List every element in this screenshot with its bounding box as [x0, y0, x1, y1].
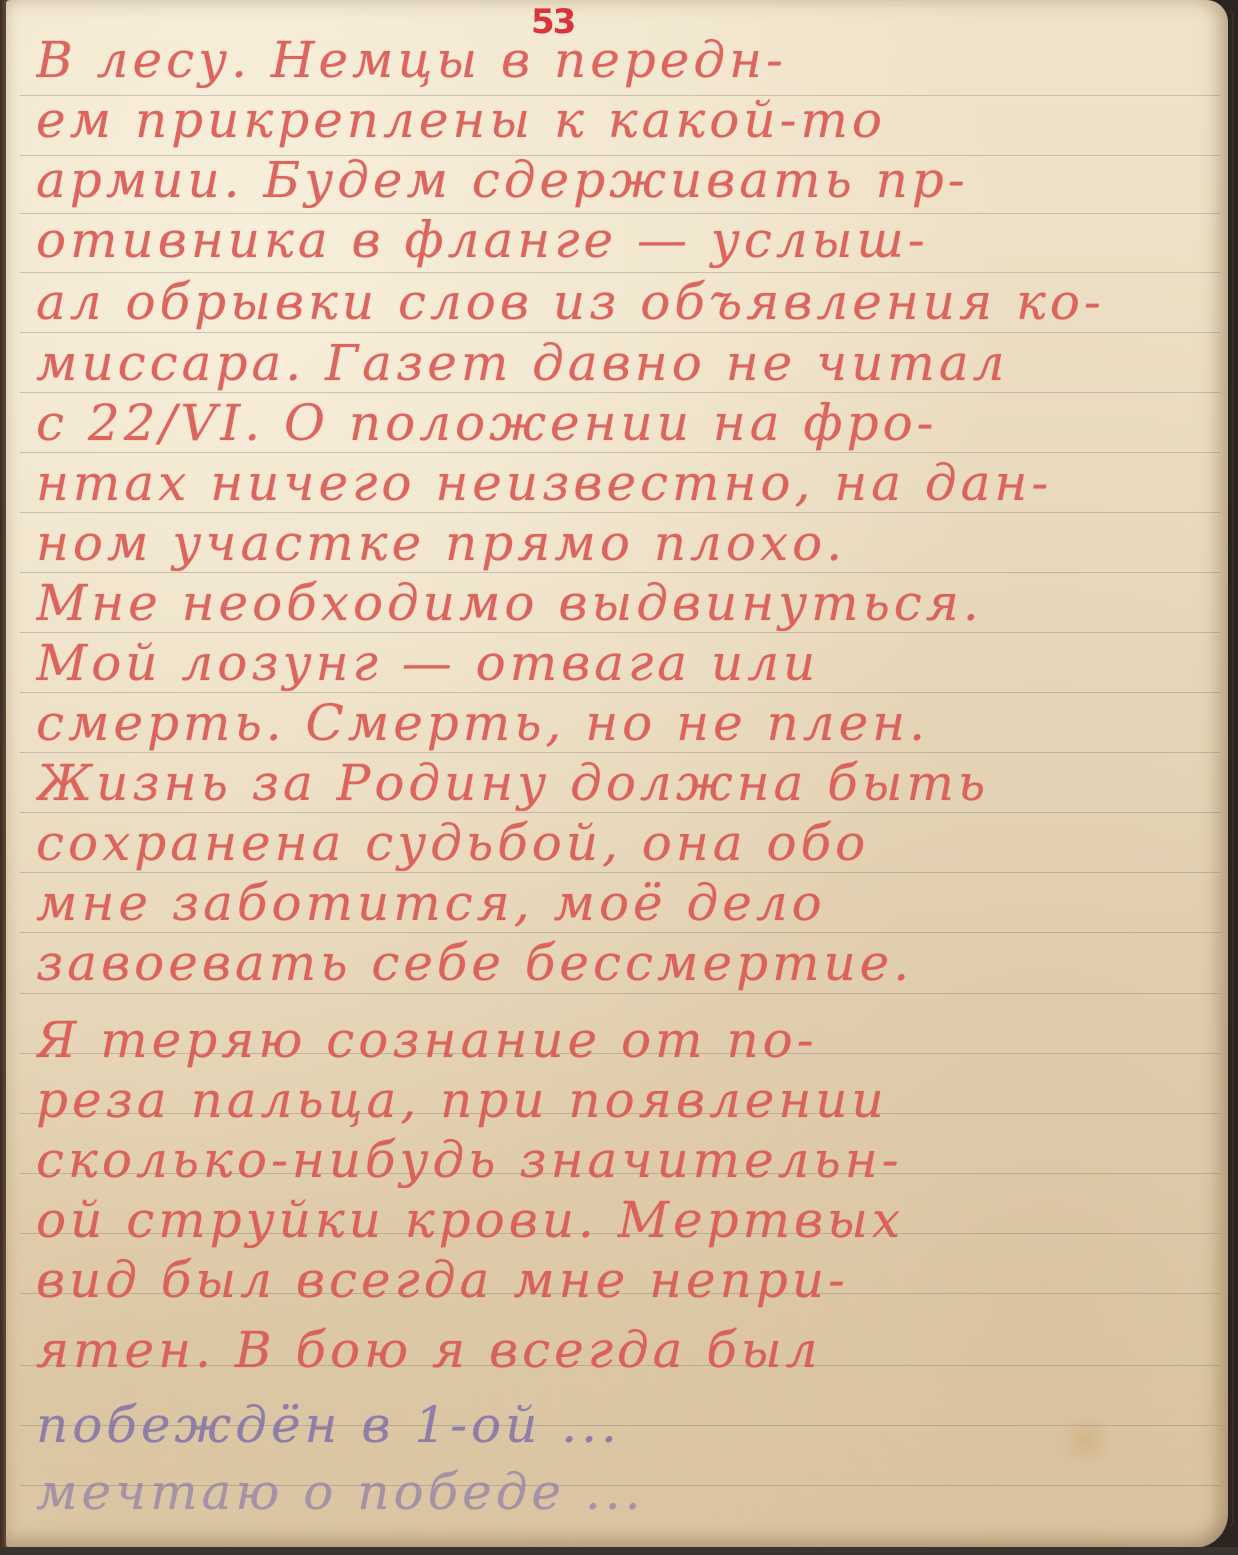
handwritten-line: завоевать себе бессмертие. — [36, 933, 1221, 993]
ruled-line — [20, 993, 1220, 994]
notebook-bottom-edge — [0, 1547, 1238, 1555]
handwritten-line: Мой лозунг — отвага или — [36, 633, 1221, 693]
handwritten-line: вид был всегда мне непри- — [36, 1250, 1221, 1310]
handwritten-line: мне заботится, моё дело — [36, 873, 1221, 933]
diary-page: 53 В лесу. Немцы в передн- ем прикреплен… — [6, 0, 1228, 1548]
handwritten-line-violet: мечтаю о победе ... — [36, 1462, 1221, 1522]
handwritten-line: ой струйки крови. Мертвых — [36, 1190, 1221, 1250]
handwritten-line: нтах ничего неизвестно, на дан- — [36, 453, 1221, 513]
handwritten-line: ном участке прямо плохо. — [36, 513, 1221, 573]
handwritten-line: В лесу. Немцы в передн- — [36, 30, 1221, 90]
handwritten-line: армии. Будем сдерживать пр- — [36, 150, 1221, 210]
handwritten-line: смерть. Смерть, но не плен. — [36, 693, 1221, 753]
handwritten-line: реза пальца, при появлении — [36, 1070, 1221, 1130]
page-edge — [1224, 10, 1234, 1530]
handwritten-line: ятен. В бою я всегда был — [36, 1320, 1221, 1380]
handwritten-line: сколько-нибудь значительн- — [36, 1130, 1221, 1190]
handwritten-line: сохранена судьбой, она обо — [36, 813, 1221, 873]
handwritten-line: с 22/VI. О положении на фро- — [36, 393, 1221, 453]
handwritten-line: мисcара. Газет давно не читал — [36, 333, 1221, 393]
handwritten-line-violet: побеждён в 1-ой ... — [36, 1395, 1221, 1455]
handwritten-line: ем прикреплены к какой-то — [36, 90, 1221, 150]
handwritten-line: Мне необходимо выдвинуться. — [36, 573, 1221, 633]
handwritten-line: ал обрывки слов из объявления ко- — [36, 272, 1221, 332]
handwritten-line: Я теряю сознание от по- — [36, 1010, 1221, 1070]
handwritten-line: отивника в фланге — услыш- — [36, 210, 1221, 270]
handwritten-line: Жизнь за Родину должна быть — [36, 753, 1221, 813]
